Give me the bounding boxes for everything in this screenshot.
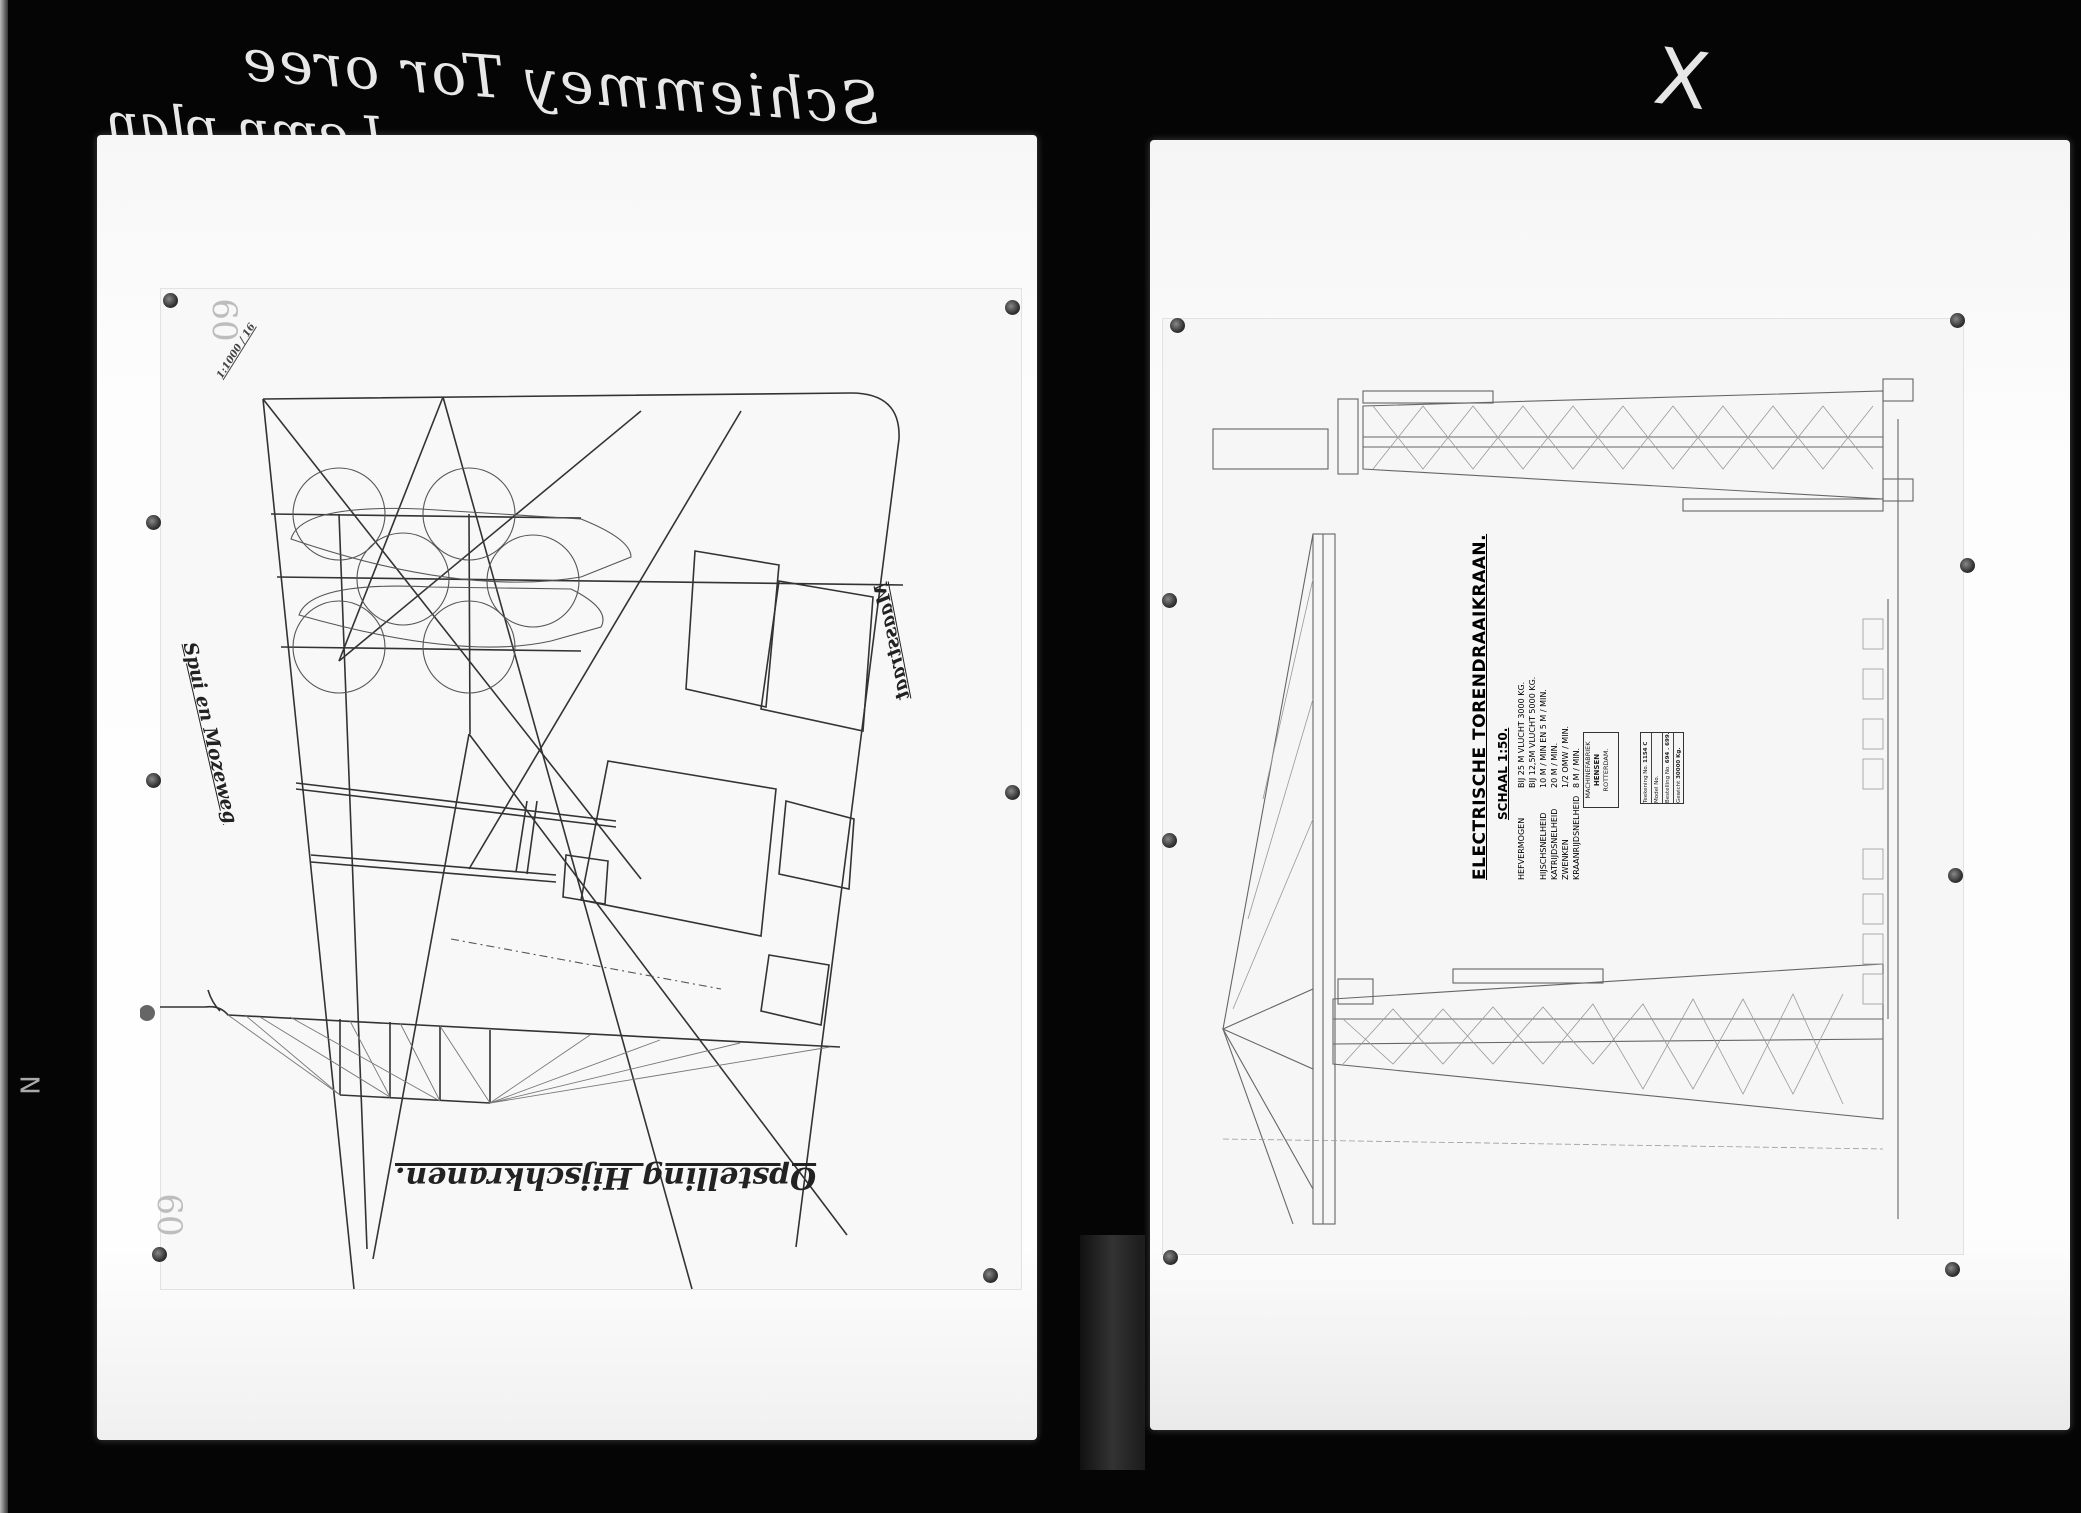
edge-scratch-mark: N [17, 1075, 47, 1094]
pin-icon [1960, 558, 1975, 573]
pin-icon [1948, 868, 1963, 883]
order-row: Bestelling No. 694 . 699. [1663, 733, 1674, 803]
order-row: Model No. [1652, 733, 1663, 803]
order-row: Gewicht 30000 Kg. [1674, 733, 1684, 803]
order-stamp: Teekening No. 1154 C Model No. Bestellin… [1640, 732, 1684, 804]
site-plan-drawing [160, 288, 1022, 1290]
pin-icon [1945, 1262, 1960, 1277]
site-plan-lines [161, 289, 1021, 1289]
drawing-scale: SCHAAL 1:50. [1496, 550, 1510, 820]
spec-row: ZWENKEN1/2 OMW / MIN. [1560, 550, 1571, 880]
pin-icon [1163, 1250, 1178, 1265]
spec-row: HEFVERMOGENBIJ 25 M VLUCHT 3000 KG. [1516, 550, 1527, 880]
corner-x-mark: X [1649, 32, 1714, 129]
background-wood [1080, 1235, 1145, 1470]
pin-icon [1162, 593, 1177, 608]
maker-line1: MACHINEFABRIEK [1584, 733, 1593, 807]
pin-icon [1170, 318, 1185, 333]
pin-icon [163, 293, 178, 308]
pin-icon [140, 1005, 155, 1021]
pin-icon [146, 515, 161, 530]
pin-icon [1005, 785, 1020, 800]
maker-stamp: MACHINEFABRIEK HENSEN ROTTERDAM. [1583, 732, 1619, 808]
cross-section-drawing [140, 985, 940, 1125]
drawing-caption: Opstelling Hijschkranen. [395, 1160, 816, 1195]
pin-icon [1005, 300, 1020, 315]
glass-plate-negative: Schiemmey Tor oree Lemn plan X N [0, 0, 2081, 1513]
order-row: Teekening No. 1154 C [1641, 733, 1652, 803]
pencil-number-bottom: 09 [152, 1193, 192, 1236]
spec-row: HIJSCHSNELHEID10 M / MIN EN 5 M / MIN. [1538, 550, 1549, 880]
pencil-number-top: 09 [207, 298, 247, 341]
spec-row: BIJ 12,5M VLUCHT 5000 KG. [1527, 550, 1538, 880]
plate-edge [0, 0, 8, 1513]
drawing-title: ELECTRISCHE TORENDRAAIKRAAN. [1470, 550, 1490, 880]
pin-icon [146, 773, 161, 788]
maker-line2: HENSEN [1593, 754, 1601, 786]
pin-icon [1162, 833, 1177, 848]
spec-row: KATRIJDSNELHEID20 M / MIN. [1549, 550, 1560, 880]
pin-icon [983, 1268, 998, 1283]
spec-row: KRAANRIJDSNELHEID8 M / MIN. [1571, 550, 1582, 880]
pin-icon [1950, 313, 1965, 328]
pin-icon [152, 1247, 167, 1262]
maker-line3: ROTTERDAM. [1602, 733, 1611, 807]
